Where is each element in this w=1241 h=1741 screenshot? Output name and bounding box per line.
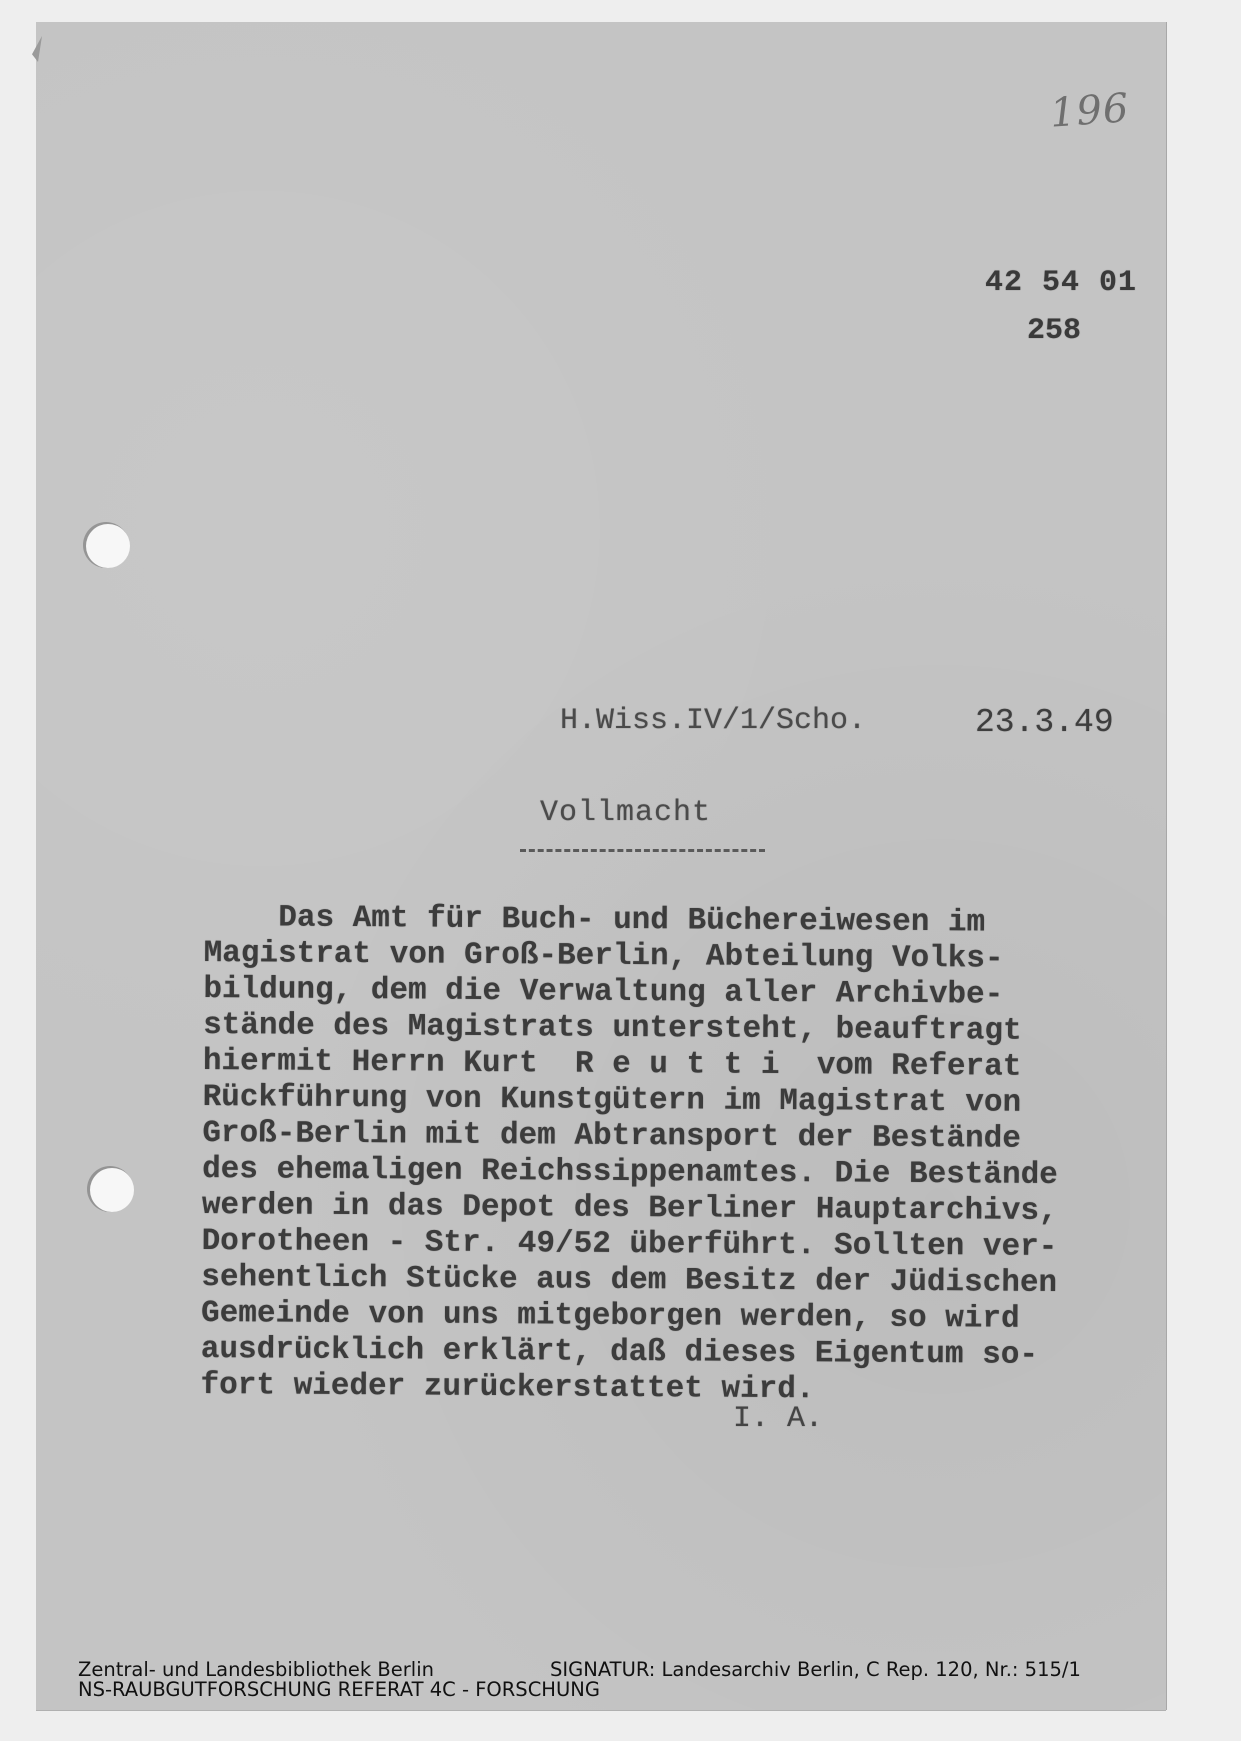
document-title: Vollmacht bbox=[540, 796, 711, 830]
reference-number: 42 54 01 bbox=[985, 266, 1137, 300]
footer-department: NS-RAUBGUTFORSCHUNG REFERAT 4C - FORSCHU… bbox=[78, 1680, 1081, 1700]
document-body: Das Amt für Buch- und Büchereiwesen im M… bbox=[200, 900, 1163, 1411]
reference-sub-number: 258 bbox=[1027, 314, 1081, 348]
archive-footer: Zentral- und Landesbibliothek Berlin SIG… bbox=[78, 1660, 1081, 1700]
punch-hole-bottom bbox=[90, 1168, 134, 1212]
footer-signature: SIGNATUR: Landesarchiv Berlin, C Rep. 12… bbox=[550, 1660, 1081, 1680]
signoff: I. A. bbox=[733, 1402, 823, 1436]
title-underline bbox=[520, 849, 765, 852]
footer-institution: Zentral- und Landesbibliothek Berlin bbox=[78, 1660, 550, 1680]
torn-corner bbox=[32, 36, 42, 62]
punch-hole-top bbox=[86, 524, 130, 568]
handwritten-page-number: 196 bbox=[1048, 85, 1130, 136]
document-date: 23.3.49 bbox=[975, 704, 1114, 741]
file-reference: H.Wiss.IV/1/Scho. bbox=[560, 704, 866, 738]
